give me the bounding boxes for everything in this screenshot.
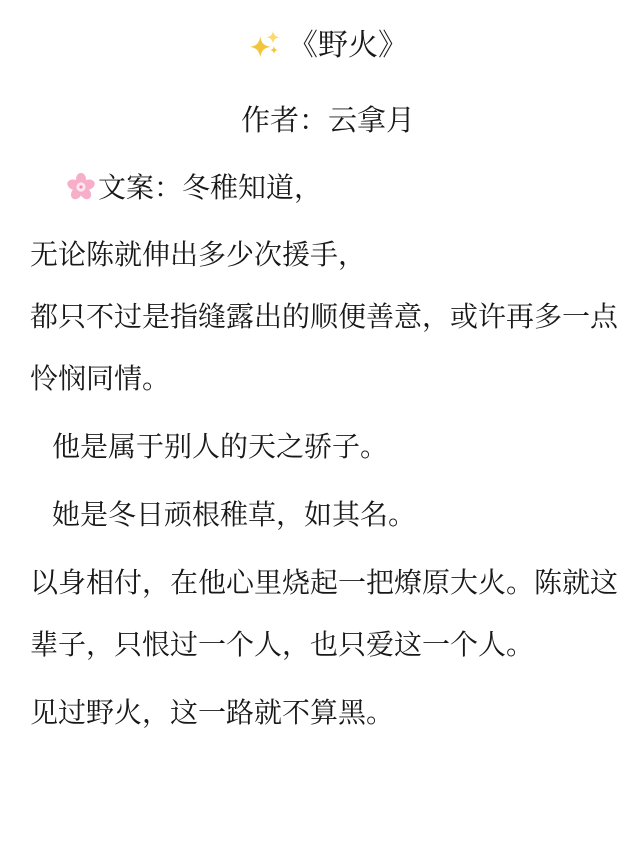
paragraph-wildfire: 见过野火，这一路就不算黑。 [30,682,626,744]
paragraph-fire: 以身相付，在他心里烧起一把燎原大火。陈就这 辈子，只恨过一个人，也只爱这一个人。 [30,552,626,676]
paragraph-she: 她是冬日顽根稚草，如其名。 [30,484,626,546]
title-text: 《野火》 [288,29,408,62]
novel-blurb-page: 《野火》 作者：云拿月 文案：冬稚知道，无论陈就伸出多少次援手， 都只不过是指缝… [0,0,640,854]
cherry-blossom-icon [48,162,96,224]
author-line: 作者：云拿月 [30,90,626,152]
paragraph-he: 他是属于别人的天之骄子。 [30,416,626,478]
blurb-paragraph: 文案：冬稚知道，无论陈就伸出多少次援手， 都只不过是指缝露出的顺便善意，或许再多… [30,157,626,410]
blurb-text: 文案：冬稚知道，无论陈就伸出多少次援手， 都只不过是指缝露出的顺便善意，或许再多… [30,172,618,394]
page-title: 《野火》 [30,15,626,84]
sparkles-icon [248,22,282,84]
